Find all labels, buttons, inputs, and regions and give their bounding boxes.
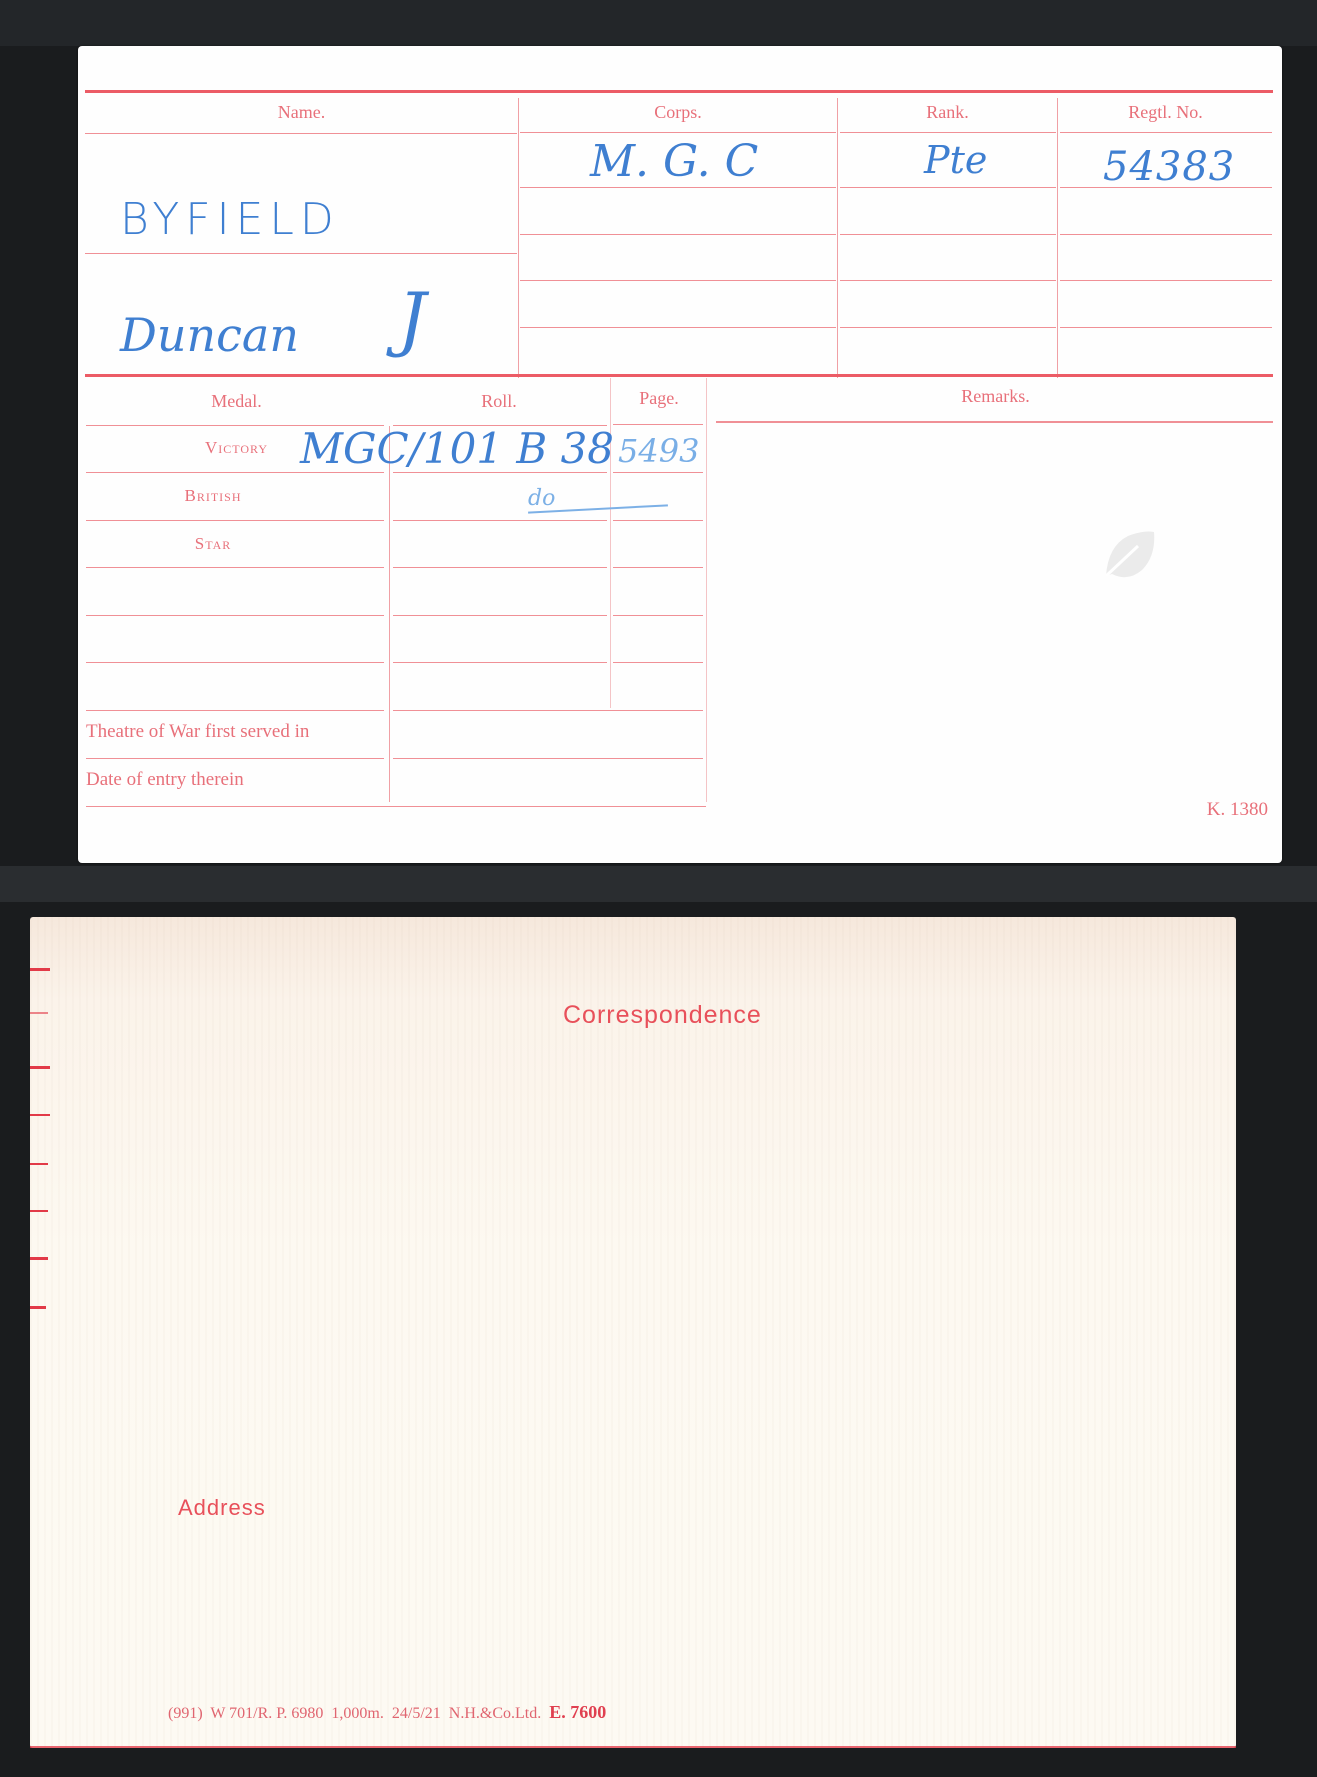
rank-rule-1 <box>840 132 1056 133</box>
rank-rule-3 <box>840 234 1056 235</box>
header-rule <box>85 90 1273 93</box>
medal-row-rule-9 <box>86 806 706 807</box>
medal-row-rule-5 <box>86 615 384 616</box>
theatre-of-war-label: Theatre of War first served in <box>86 721 309 743</box>
margin-tick <box>30 968 50 971</box>
divider-rank-regtl <box>1057 98 1058 378</box>
address-label: Address <box>178 1495 266 1521</box>
margin-tick <box>30 1210 48 1212</box>
medal-row-rule-8 <box>86 758 384 759</box>
corps-rule-1 <box>520 132 836 133</box>
medal-row-rule-7 <box>86 710 384 711</box>
margin-tick <box>30 1114 50 1116</box>
scan-divider <box>0 866 1317 902</box>
corps-header: Corps. <box>519 102 837 123</box>
margin-tick <box>30 1306 46 1309</box>
corps-rule-4 <box>520 280 836 281</box>
handwritten-page-victory: 5493 <box>618 432 699 470</box>
regtl-rule-4 <box>1060 280 1272 281</box>
regtl-rule-5 <box>1060 327 1272 328</box>
rank-rule-2 <box>840 187 1056 188</box>
medal-row-rule-6 <box>86 662 384 663</box>
corps-rule-5 <box>520 327 836 328</box>
name-rule-1 <box>85 133 517 134</box>
margin-tick <box>30 1163 48 1165</box>
rank-rule-5 <box>840 327 1056 328</box>
name-header: Name. <box>85 102 518 123</box>
roll-row-rule-3 <box>393 520 607 521</box>
form-number: K. 1380 <box>1168 799 1268 821</box>
medal-header: Medal. <box>88 391 385 412</box>
page-row-rule-6 <box>613 662 703 663</box>
medal-index-card-back: Correspondence Address (991) W 701/R. P.… <box>30 917 1236 1748</box>
medal-index-card-front: Name. Corps. Rank. Regtl. No. BYFIELD Du… <box>78 46 1282 863</box>
remarks-rule <box>716 421 1273 423</box>
page-row-rule-3 <box>613 520 703 521</box>
roll-header: Roll. <box>390 391 608 412</box>
margin-tick <box>30 1066 50 1069</box>
roll-row-rule-5 <box>393 615 607 616</box>
scan-border-top <box>0 0 1317 46</box>
roll-row-rule-8 <box>393 758 703 759</box>
date-of-entry-label: Date of entry therein <box>86 769 244 791</box>
print-line-details: (991) W 701/R. P. 6980 1,000m. 24/5/21 N… <box>168 1705 541 1722</box>
corps-rule-3 <box>520 234 836 235</box>
print-line-code: E. 7600 <box>549 1702 606 1722</box>
roll-row-rule-6 <box>393 662 607 663</box>
handwritten-roll-victory: MGC/101 B 38 <box>300 424 614 473</box>
handwritten-initial: J <box>398 278 426 360</box>
name-rule-2 <box>85 253 517 254</box>
page-row-rule-4 <box>613 567 703 568</box>
handwritten-corps: M. G. C <box>590 136 758 187</box>
page-header: Page. <box>612 388 706 409</box>
leaf-watermark-icon <box>1098 526 1158 586</box>
roll-row-rule-4 <box>393 567 607 568</box>
handwritten-regtl-no: 54383 <box>1103 144 1235 190</box>
section-separator-rule <box>85 374 1273 377</box>
divider-medal-roll <box>389 426 390 802</box>
regtl-no-header: Regtl. No. <box>1058 102 1273 123</box>
handwritten-forename: Duncan <box>120 308 299 362</box>
page-row-rule-5 <box>613 615 703 616</box>
divider-corps-rank <box>837 98 838 378</box>
medal-row-rule-3 <box>86 520 384 521</box>
page-row-rule-1 <box>613 424 703 425</box>
rank-header: Rank. <box>838 102 1057 123</box>
correspondence-title: Correspondence <box>563 1001 762 1030</box>
rank-rule-4 <box>840 280 1056 281</box>
handwritten-roll-british-ditto: do <box>528 486 555 511</box>
medal-british: British <box>88 486 338 506</box>
medal-row-rule-4 <box>86 567 384 568</box>
print-line: (991) W 701/R. P. 6980 1,000m. 24/5/21 N… <box>168 1702 606 1723</box>
handwritten-rank: Pte <box>924 138 987 182</box>
remarks-header: Remarks. <box>718 386 1273 407</box>
margin-tick <box>30 1012 48 1014</box>
divider-name-corps <box>518 98 519 378</box>
medal-star: Star <box>88 534 338 554</box>
page-row-rule-2 <box>613 472 703 473</box>
roll-row-rule-7 <box>393 710 703 711</box>
regtl-rule-1 <box>1060 132 1272 133</box>
handwritten-surname: BYFIELD <box>120 194 340 245</box>
card-bottom-edge <box>30 1746 1236 1748</box>
divider-page-remarks <box>706 378 707 802</box>
margin-tick <box>30 1257 48 1260</box>
corps-rule-2 <box>520 187 836 188</box>
regtl-rule-3 <box>1060 234 1272 235</box>
